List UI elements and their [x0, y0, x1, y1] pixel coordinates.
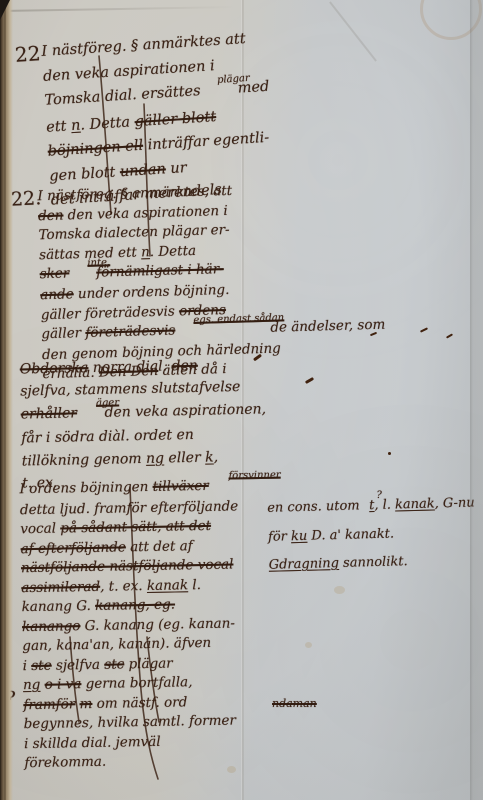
- paper-stain: [305, 642, 312, 648]
- text-segment: Gdragning: [269, 556, 340, 573]
- inserted-word: försvinner: [228, 470, 280, 482]
- ink-speck: [446, 333, 453, 338]
- text-segment: sjelfva: [52, 656, 105, 673]
- ink-speck: [420, 327, 428, 332]
- text-segment: assimilerad: [21, 578, 100, 595]
- text-segment: ng: [146, 450, 164, 466]
- text-segment: norra dial.: [88, 358, 172, 376]
- text-segment: erhålleräger: [21, 405, 101, 423]
- text-segment: l.: [188, 577, 201, 593]
- text-segment: I ordens böjningen: [19, 479, 152, 497]
- text-segment: kanang G.: [22, 598, 96, 615]
- text-segment: tillökning genom: [22, 451, 147, 470]
- text-segment: ersättesplägar: [141, 81, 234, 103]
- text-segment: skerinte.: [39, 265, 92, 282]
- text-segment: k: [205, 449, 214, 465]
- text-segment: ur: [165, 160, 187, 177]
- text-segment: framför: [23, 696, 75, 713]
- text-segment: att det af: [126, 538, 193, 555]
- margin-annotation: en cons. utom? t, l. kanak, G-nuför ku D…: [267, 489, 483, 580]
- text-segment: förnämligast i här-: [96, 261, 224, 281]
- text-segment: o i va: [45, 676, 82, 693]
- text-segment: kanango: [22, 618, 81, 635]
- text-segment: , G-nu: [434, 495, 474, 511]
- text-segment: m: [79, 695, 92, 711]
- text-segment: plägar: [124, 655, 173, 672]
- text-segment: ku: [291, 529, 308, 544]
- text-segment: . Detta: [150, 243, 197, 260]
- text-segment: för: [268, 529, 291, 545]
- text-segment: gerna bortfalla,: [81, 674, 192, 692]
- text-segment: gäller: [41, 325, 85, 342]
- text-segment: förekomma.: [24, 754, 106, 771]
- text-segment: på sådant sätt, att det: [60, 518, 211, 537]
- text-segment: utom?: [326, 498, 366, 514]
- text-segment: nästföljande nästföljande vocal: [21, 556, 234, 576]
- top-crease: [0, 6, 235, 12]
- text-segment: den: [38, 207, 64, 224]
- text-segment: ste: [31, 657, 52, 673]
- text-segment: i skillda dial. jemväl: [24, 733, 161, 751]
- text-segment: gäller blott: [134, 109, 216, 130]
- paragraph-boejning: I ordens böjningen tillväxerförsvinnerde…: [19, 476, 274, 774]
- text-segment: i: [23, 658, 32, 674]
- page-right-edge: [470, 0, 483, 800]
- text-segment: kanak: [395, 496, 435, 512]
- text-line: Gdragning sannolikt.: [268, 546, 483, 580]
- text-segment: D. a' kanakt.: [307, 527, 394, 544]
- ink-speck: [305, 377, 314, 384]
- paper-stain: [334, 586, 345, 594]
- text-segment: vocal: [20, 520, 60, 537]
- text-segment: med: [233, 79, 270, 97]
- text-segment: gan, kana'an, kanán). äfven: [22, 635, 211, 654]
- text-line: förekomma.: [24, 750, 274, 774]
- text-line: en cons. utom? t, l. kanak, G-nu: [267, 489, 483, 524]
- text-segment: de ändelser, som: [266, 317, 386, 336]
- paragraph-dialects: Obdorska norra dial. densjelfva, stammen…: [20, 354, 263, 495]
- text-segment: om nästf. ord: [92, 694, 187, 712]
- text-segment: stc: [104, 656, 124, 672]
- paragraph-number: 22: [14, 41, 41, 67]
- text-segment: ,: [213, 449, 218, 465]
- text-segment: af efterföljande: [21, 539, 126, 557]
- text-segment: företrädesvisegs. endast sådan: [85, 320, 266, 341]
- text-segment: detta ljud. framför efterföljande: [20, 498, 239, 518]
- text-segment: ande: [40, 286, 74, 303]
- text-segment: G. kanang (eg. kanan-: [80, 615, 235, 634]
- text-segment: får i södra diàl. ordet en: [21, 427, 194, 447]
- text-segment: inträffar egentli-: [143, 130, 270, 154]
- text-segment: ett: [46, 118, 72, 136]
- text-segment: den veka aspirationen i: [63, 203, 228, 224]
- text-segment: undan: [119, 161, 166, 180]
- text-segment: n: [141, 244, 150, 260]
- text-segment: Obdorska: [20, 360, 89, 377]
- text-segment: kanang, eg.: [95, 597, 175, 614]
- text-segment: begynnes, hvilka samtl. former: [24, 712, 236, 732]
- text-segment: . Detta: [80, 114, 135, 133]
- text-segment: sjelfva, stammens slutstafvelse: [20, 379, 240, 400]
- diagonal-crease: [329, 1, 377, 61]
- text-segment: den veka aspirationen,: [100, 401, 266, 420]
- text-segment: kanak: [147, 577, 188, 594]
- text-segment: en cons.: [267, 499, 326, 516]
- text-segment: gen blott: [49, 164, 121, 184]
- manuscript-photo: 22 22. I nästföreg. § anmärktes attden v…: [0, 0, 483, 800]
- text-segment: eller: [164, 449, 205, 466]
- text-segment: Tomska dialecten plägar er-: [38, 222, 229, 243]
- text-segment: gäller företrädesvis: [41, 303, 180, 323]
- binding-streak: [4, 0, 6, 800]
- text-segment: I nästföreg. § anmärktes, att: [37, 183, 232, 204]
- ink-speck: [388, 452, 391, 455]
- text-segment: tillväxerförsvinner: [152, 477, 260, 495]
- text-segment: ng: [23, 677, 41, 693]
- text-segment: sannolikt.: [339, 554, 408, 571]
- text-segment: böjningen ell: [47, 138, 143, 160]
- text-segment: den: [171, 358, 198, 375]
- book-binding-edge: [0, 0, 13, 800]
- text-segment: , l.: [374, 497, 395, 513]
- margin-struck-word: ndaman: [272, 697, 317, 710]
- text-segment: , t. ex.: [100, 577, 147, 594]
- text-segment: Tomska dial.: [44, 87, 142, 109]
- text-segment: under ordens böjning.: [73, 282, 229, 302]
